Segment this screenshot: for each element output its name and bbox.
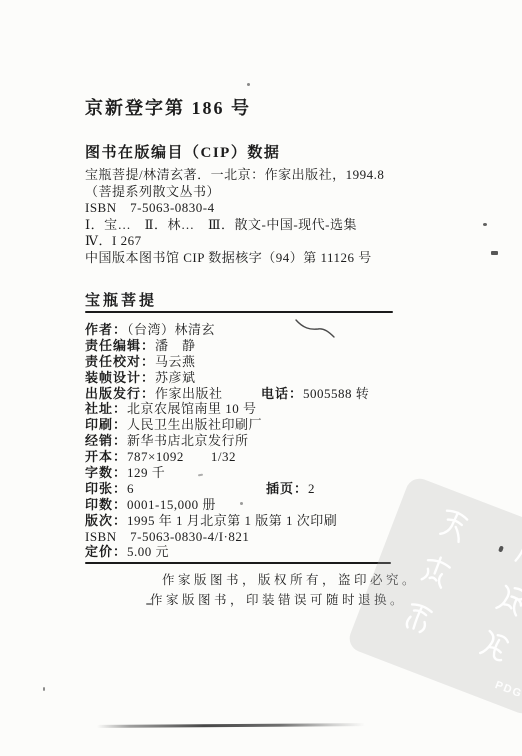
- colophon-row-distributor: 经销：新华书店北京发行所: [85, 433, 515, 449]
- seal-glyph-icon: [415, 549, 455, 591]
- row-value: 潘 静: [155, 338, 196, 353]
- row-label: 社址：: [85, 401, 127, 416]
- row-label: 版次：: [85, 513, 127, 528]
- colophon-row-format: 开本：787×1092 1/32: [85, 449, 515, 465]
- row-value: 7-5063-0830-4/I·821: [130, 529, 249, 544]
- colophon-row-wordcount: 字数：129 千: [85, 465, 515, 481]
- registration-number: 京新登字第 186 号: [85, 94, 251, 120]
- scan-artifact-line: [97, 723, 365, 728]
- row-label: 印刷：: [85, 417, 127, 432]
- row-value: 5005588 转: [303, 386, 369, 401]
- row-value: 新华书店北京发行所: [127, 433, 249, 448]
- row-label: 出版发行：: [85, 386, 155, 401]
- row-second-column: 电话：5005588 转: [261, 386, 369, 402]
- row-label: 经销：: [85, 433, 127, 448]
- scan-speck: [43, 687, 45, 691]
- seal-glyph-icon: [473, 624, 513, 666]
- cip-line: 中国版本图书馆 CIP 数据核字（94）第 11126 号: [85, 250, 384, 267]
- row-label: 印数：: [85, 497, 127, 512]
- row-label: 印张：: [85, 481, 127, 496]
- row-second-column: 插页：2: [266, 481, 315, 497]
- row-value: 1995 年 1 月北京第 1 版第 1 次印刷: [127, 513, 337, 528]
- scan-speck: [247, 83, 250, 86]
- colophon-row-address: 社址：北京农展馆南里 10 号: [85, 401, 515, 417]
- row-value: 人民卫生出版社印刷厂: [127, 417, 262, 432]
- cip-line: 宝瓶菩提/林清玄著．一北京：作家出版社，1994.8: [85, 167, 384, 184]
- row-label: 定价：: [85, 544, 127, 559]
- cip-data-block: 宝瓶菩提/林清玄著．一北京：作家出版社，1994.8 （菩提系列散文丛书） IS…: [85, 167, 384, 267]
- book-title: 宝瓶菩提: [85, 289, 157, 310]
- row-label: 作者：: [85, 322, 127, 337]
- divider-line-top: [85, 311, 393, 313]
- seal-glyph-icon: [491, 578, 522, 620]
- row-value: 苏彦斌: [155, 370, 196, 385]
- row-label: ISBN: [85, 529, 130, 544]
- scan-speck: [146, 603, 152, 605]
- cip-line: Ⅳ．I 267: [85, 233, 384, 250]
- seal-glyph-icon: [398, 595, 438, 637]
- cip-line: （菩提系列散文丛书）: [85, 184, 384, 201]
- row-value: 马云燕: [155, 354, 196, 369]
- row-label: 责任编辑：: [85, 338, 155, 353]
- colophon-row-proofreader: 责任校对：马云燕: [85, 354, 515, 370]
- row-value: 6: [127, 481, 134, 496]
- row-value: 北京农展馆南里 10 号: [127, 401, 257, 416]
- row-label: 插页：: [266, 481, 308, 496]
- row-value: （台湾）林清玄: [127, 322, 215, 337]
- seal-glyph-icon: [433, 504, 473, 546]
- colophon-row-printer: 印刷：人民卫生出版社印刷厂: [85, 417, 515, 433]
- divider-line-bottom: [85, 562, 391, 564]
- scanned-book-copyright-page: 京新登字第 186 号 图书在版编目（CIP）数据 宝瓶菩提/林清玄著．一北京：…: [0, 0, 522, 756]
- row-value: 作家出版社: [155, 386, 223, 401]
- row-label: 电话：: [261, 386, 303, 401]
- row-label: 责任校对：: [85, 354, 155, 369]
- cip-line: Ⅰ．宝… Ⅱ．林… Ⅲ．散文-中国-现代-选集: [85, 217, 384, 234]
- scan-speck: [240, 502, 243, 505]
- row-label: 装帧设计：: [85, 370, 155, 385]
- cip-heading: 图书在版编目（CIP）数据: [85, 141, 280, 162]
- row-value: 5.00 元: [127, 544, 169, 559]
- row-value: 0001-15,000 册: [127, 497, 216, 512]
- row-value: 129 千: [127, 465, 165, 480]
- seal-glyph-icon: [508, 533, 522, 575]
- row-label: 开本：: [85, 449, 127, 464]
- scan-speck: [483, 223, 487, 226]
- pdg-watermark-label: PDG: [493, 679, 522, 700]
- cip-line: ISBN 7-5063-0830-4: [85, 200, 384, 217]
- colophon-row-designer: 装帧设计：苏彦斌: [85, 370, 515, 386]
- row-value: 2: [308, 481, 315, 496]
- scan-speck: [491, 251, 498, 255]
- row-value: 787×1092 1/32: [127, 449, 236, 464]
- row-label: 字数：: [85, 465, 127, 480]
- colophon-row-publisher: 出版发行：作家出版社电话：5005588 转: [85, 386, 515, 402]
- pen-scratch-mark: [293, 317, 343, 341]
